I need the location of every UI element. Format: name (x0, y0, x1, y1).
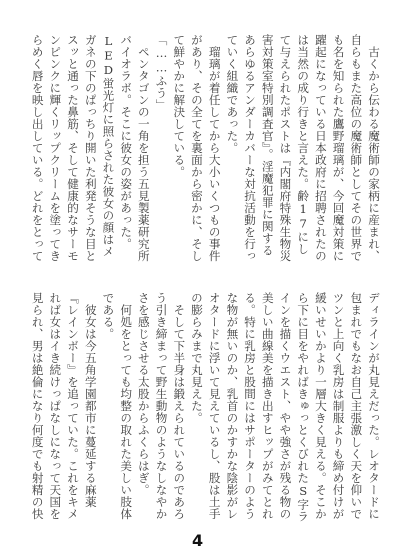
paragraph: 古くから伝わる魔術師の家柄に産まれ、自らもまた高位の魔術師としてその世界でも名を… (223, 34, 382, 266)
text-tier-bottom: ディラインが丸見えだった。レオタードに包まれでもなお自己主張激しく天を仰いでツン… (28, 292, 382, 524)
paragraph: ペンタゴンの一角を担う五見製薬研究所バイオラボ。そこに彼女の姿があった。LED蛍… (28, 34, 152, 266)
text-tier-top: 古くから伝わる魔術師の家柄に産まれ、自らもまた高位の魔術師としてその世界でも名を… (28, 34, 382, 266)
paragraph: 瑠璃が着任してから大小いくつもの事件があり、その全てを裏面から密かに、そして鮮や… (170, 34, 223, 266)
dialogue-line: 「……ふう」 (152, 34, 170, 266)
paragraph: そして下半身は鍛えられているのであろう引き締まって野生動物のようなしなやかさを感… (134, 292, 187, 524)
paragraph-continuation: ディラインが丸見えだった。レオタードに包まれでもなお自己主張激しく天を仰いでツン… (187, 292, 382, 524)
page-number: 4 (192, 531, 203, 550)
paragraph: 彼女は今五角学園都市に蔓延する麻薬『レインボー』を追っていた。これをキメれば女は… (28, 292, 99, 524)
paragraph: 何処をとっても均整の取れた美しい肢体である。 (99, 292, 134, 524)
